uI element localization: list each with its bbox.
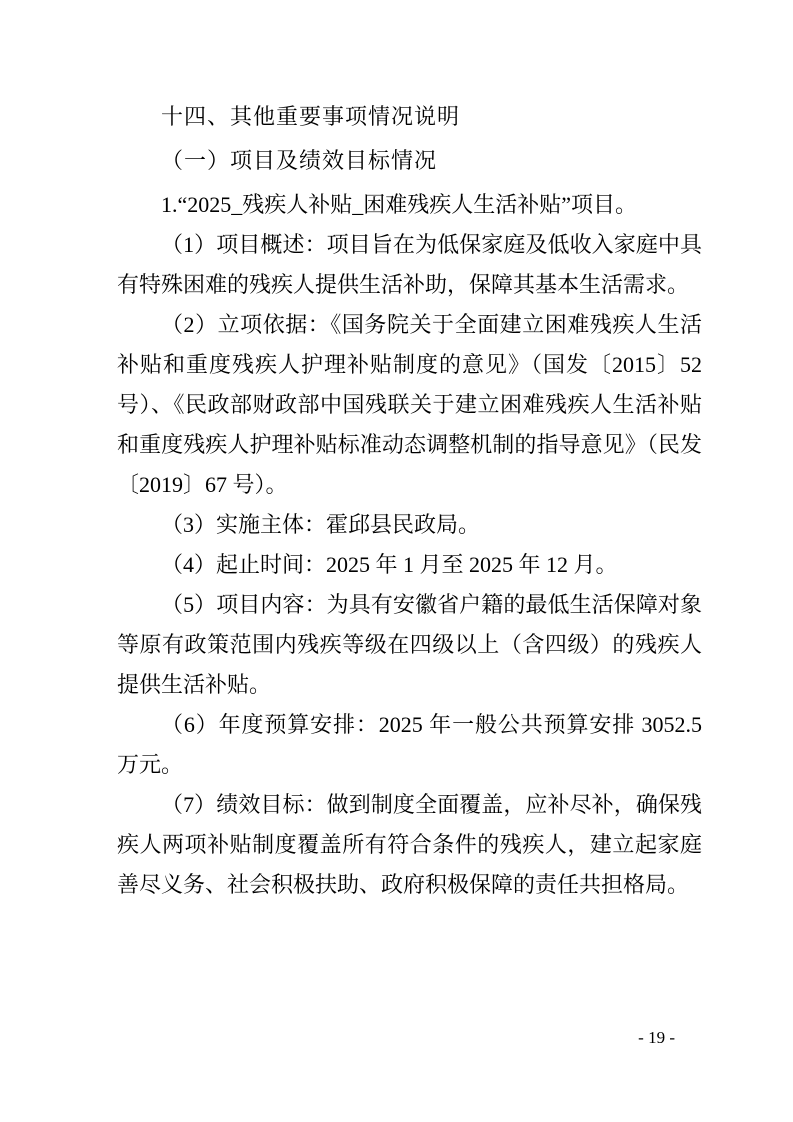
paragraph-time-period: （4）起止时间：2025 年 1 月至 2025 年 12 月。 [117, 545, 702, 585]
document-page: 十四、其他重要事项情况说明 （一）项目及绩效目标情况 1.“2025_残疾人补贴… [0, 0, 793, 1122]
page-number: - 19 - [638, 1028, 675, 1048]
paragraph-performance-goal: （7）绩效目标：做到制度全面覆盖，应补尽补，确保残疾人两项补贴制度覆盖所有符合条… [117, 785, 702, 905]
paragraph-project-content: （5）项目内容：为具有安徽省户籍的最低生活保障对象等原有政策范围内残疾等级在四级… [117, 585, 702, 705]
paragraph-project-basis: （2）立项依据：《国务院关于全面建立困难残疾人生活补贴和重度残疾人护理补贴制度的… [117, 305, 702, 505]
subsection-heading: （一）项目及绩效目标情况 [117, 141, 702, 181]
paragraph-annual-budget: （6）年度预算安排：2025 年一般公共预算安排 3052.5 万元。 [117, 705, 702, 785]
section-heading: 十四、其他重要事项情况说明 [117, 97, 702, 137]
document-body: 十四、其他重要事项情况说明 （一）项目及绩效目标情况 1.“2025_残疾人补贴… [117, 97, 702, 905]
project-title-heading: 1.“2025_残疾人补贴_困难残疾人生活补贴”项目。 [117, 185, 702, 225]
paragraph-project-overview: （1）项目概述：项目旨在为低保家庭及低收入家庭中具有特殊困难的残疾人提供生活补助… [117, 225, 702, 305]
paragraph-implementing-body: （3）实施主体：霍邱县民政局。 [117, 505, 702, 545]
